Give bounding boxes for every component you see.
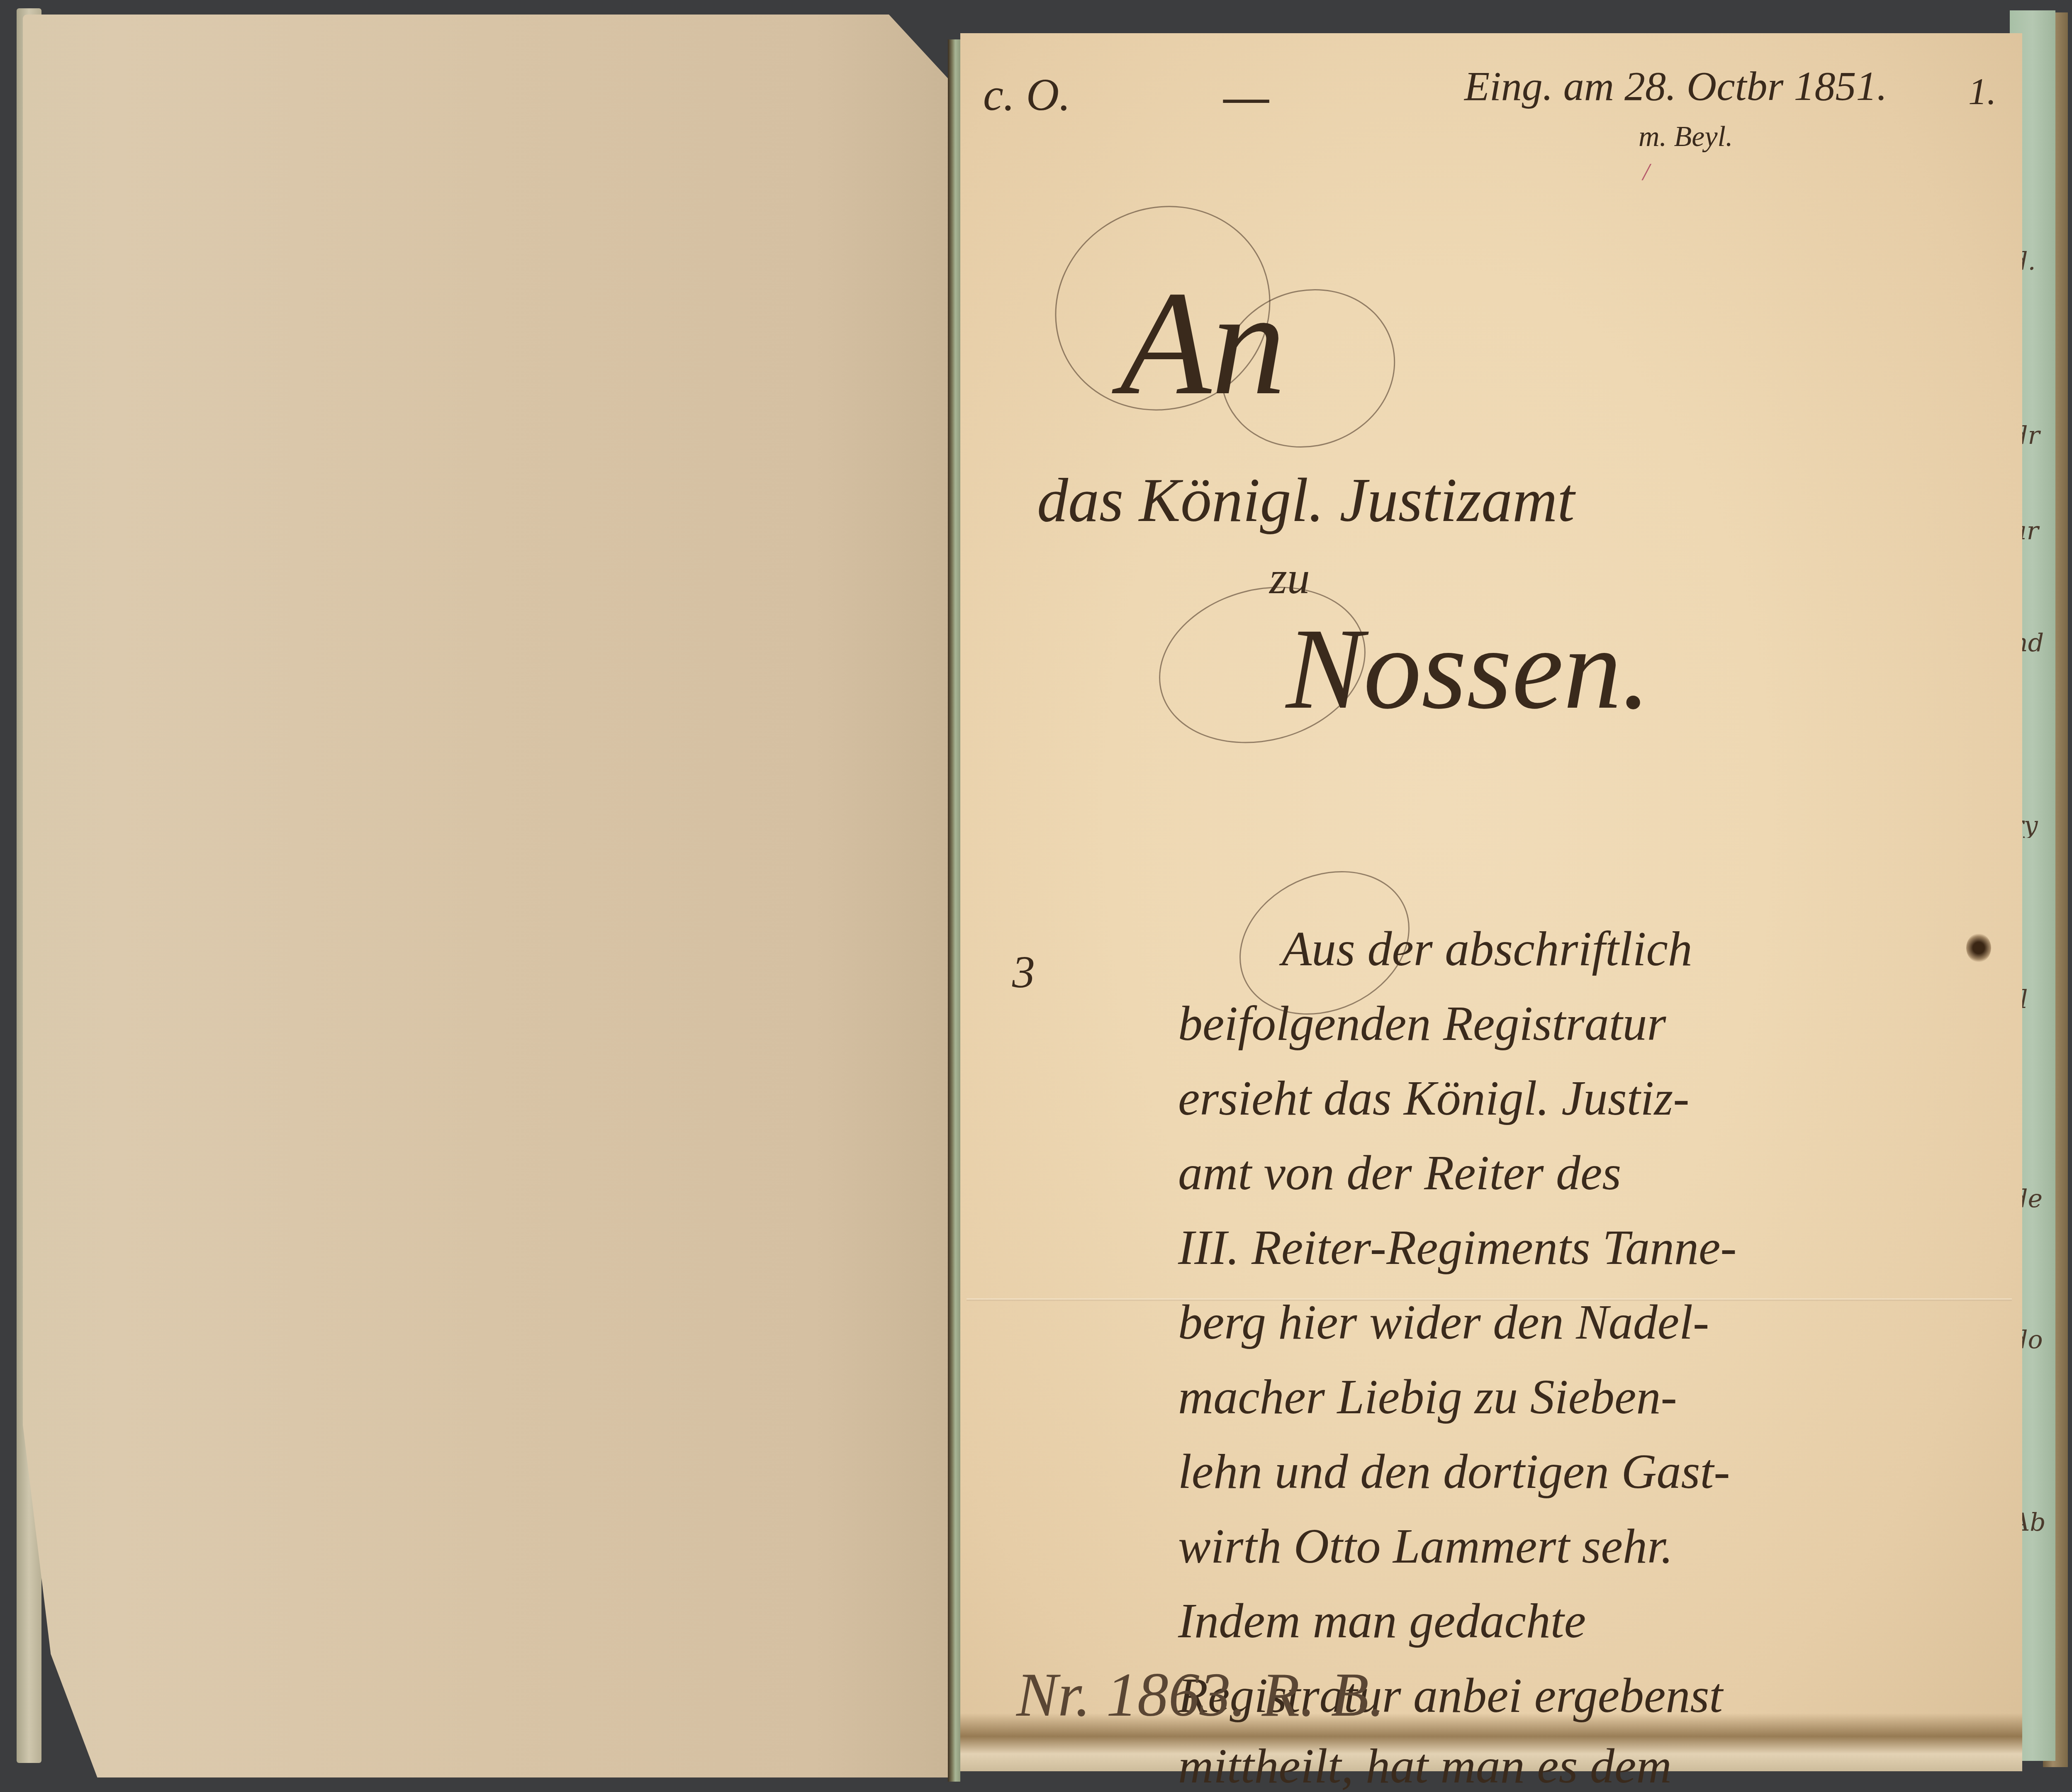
body-line: Aus der abschriftlich (1282, 921, 1692, 977)
body-line: Indem man gedachte (1178, 1593, 1586, 1649)
received-sub-note: m. Beyl. (1639, 120, 1733, 153)
book-gutter (948, 39, 960, 1782)
body-line: III. Reiter-Regiments Tanne- (1178, 1220, 1737, 1276)
header-left-note: c. O. (983, 68, 1071, 121)
body-line: macher Liebig zu Sieben- (1178, 1369, 1677, 1425)
header-dash: — (1224, 71, 1269, 123)
address-line-1: das Königl. Justizamt (1037, 465, 1575, 536)
body-line: mittheilt, hat man es dem (1178, 1738, 1672, 1792)
received-note: Eing. am 28. Octbr 1851. (1464, 62, 1887, 110)
body-line: amt von der Reiter des (1178, 1145, 1621, 1201)
page-number: 1. (1968, 71, 1997, 113)
body-line: wirth Otto Lammert sehr. (1178, 1518, 1673, 1575)
address-line-3: Nossen. (1286, 601, 1651, 735)
manuscript-spread: d. dr ar nd ry ll de do Ab c. O. — Eing.… (0, 0, 2072, 1792)
red-pencil-mark: / (1643, 158, 1650, 186)
body-line: lehn und den dortigen Gast- (1178, 1444, 1730, 1500)
body-line: ersieht das Königl. Justiz- (1178, 1070, 1689, 1127)
ink-stain (1966, 933, 1991, 962)
reference-number: Nr. 1863. R. B. (1016, 1659, 1385, 1731)
body-line: berg hier wider den Nadel- (1178, 1294, 1709, 1351)
body-line: beifolgenden Registratur (1178, 996, 1666, 1052)
left-blank-page (23, 15, 954, 1777)
address-salutation: An (1120, 257, 1286, 429)
margin-mark: 3 (1012, 946, 1035, 998)
